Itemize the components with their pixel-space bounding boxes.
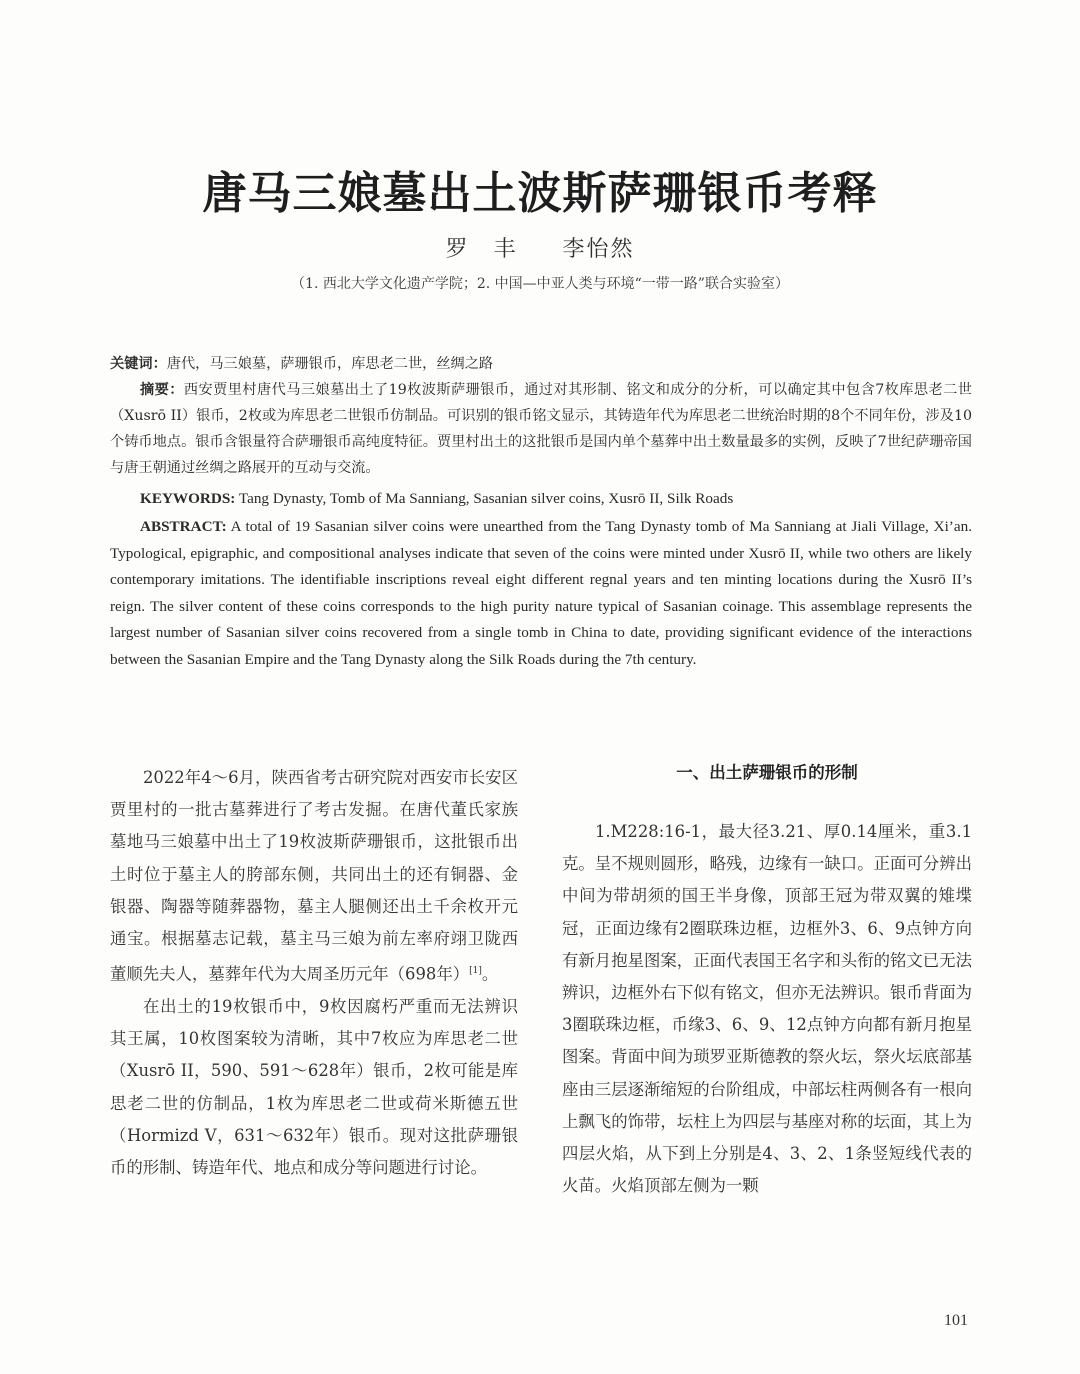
chinese-abstract: 摘要：西安贾里村唐代马三娘墓出土了19枚波斯萨珊银币，通过对其形制、铭文和成分的… bbox=[110, 377, 972, 481]
body-column-right: 一、出土萨珊银币的形制 1.M228:16-1，最大径3.21、厚0.14厘米，… bbox=[562, 762, 972, 1202]
english-abstract-text: A total of 19 Sasanian silver coins were… bbox=[110, 518, 972, 668]
english-keywords-label: KEYWORDS: bbox=[140, 490, 235, 507]
body-paragraph: 2022年4～6月，陕西省考古研究院对西安市长安区贾里村的一批古墓葬进行了考古发… bbox=[110, 762, 518, 991]
citation-link[interactable]: [1] bbox=[469, 966, 482, 976]
english-keywords: KEYWORDS: Tang Dynasty, Tomb of Ma Sanni… bbox=[110, 486, 972, 512]
author-affiliations: （1. 西北大学文化遗产学院；2. 中国—中亚人类与环境“一带一路”联合实验室） bbox=[0, 273, 1080, 293]
body-paragraph: 1.M228:16-1，最大径3.21、厚0.14厘米，重3.1克。呈不规则圆形… bbox=[562, 816, 972, 1202]
author-name: 罗 丰 bbox=[445, 237, 517, 262]
page-number: 101 bbox=[944, 1312, 968, 1330]
english-abstract: ABSTRACT: A total of 19 Sasanian silver … bbox=[110, 514, 972, 674]
chinese-abstract-label: 摘要： bbox=[140, 382, 184, 398]
paragraph-text: 2022年4～6月，陕西省考古研究院对西安市长安区贾里村的一批古墓葬进行了考古发… bbox=[110, 768, 518, 984]
english-abstract-label: ABSTRACT: bbox=[140, 518, 227, 535]
paragraph-end: 。 bbox=[482, 965, 498, 984]
body-column-left: 2022年4～6月，陕西省考古研究院对西安市长安区贾里村的一批古墓葬进行了考古发… bbox=[110, 762, 518, 1184]
author-name: 李怡然 bbox=[563, 237, 635, 262]
chinese-keywords-text: 唐代，马三娘墓，萨珊银币，库思老二世，丝绸之路 bbox=[167, 356, 493, 372]
chinese-keywords: 关键词：唐代，马三娘墓，萨珊银币，库思老二世，丝绸之路 bbox=[110, 352, 972, 376]
chinese-abstract-text: 西安贾里村唐代马三娘墓出土了19枚波斯萨珊银币，通过对其形制、铭文和成分的分析，… bbox=[110, 382, 972, 476]
chinese-keywords-label: 关键词： bbox=[110, 356, 167, 372]
english-keywords-text: Tang Dynasty, Tomb of Ma Sanniang, Sasan… bbox=[235, 490, 733, 507]
author-list: 罗 丰 李怡然 bbox=[0, 232, 1080, 263]
article-title: 唐马三娘墓出土波斯萨珊银币考释 bbox=[0, 157, 1080, 221]
body-paragraph: 在出土的19枚银币中，9枚因腐朽严重而无法辨识其王属，10枚图案较为清晰，其中7… bbox=[110, 991, 518, 1184]
section-heading: 一、出土萨珊银币的形制 bbox=[562, 762, 972, 784]
